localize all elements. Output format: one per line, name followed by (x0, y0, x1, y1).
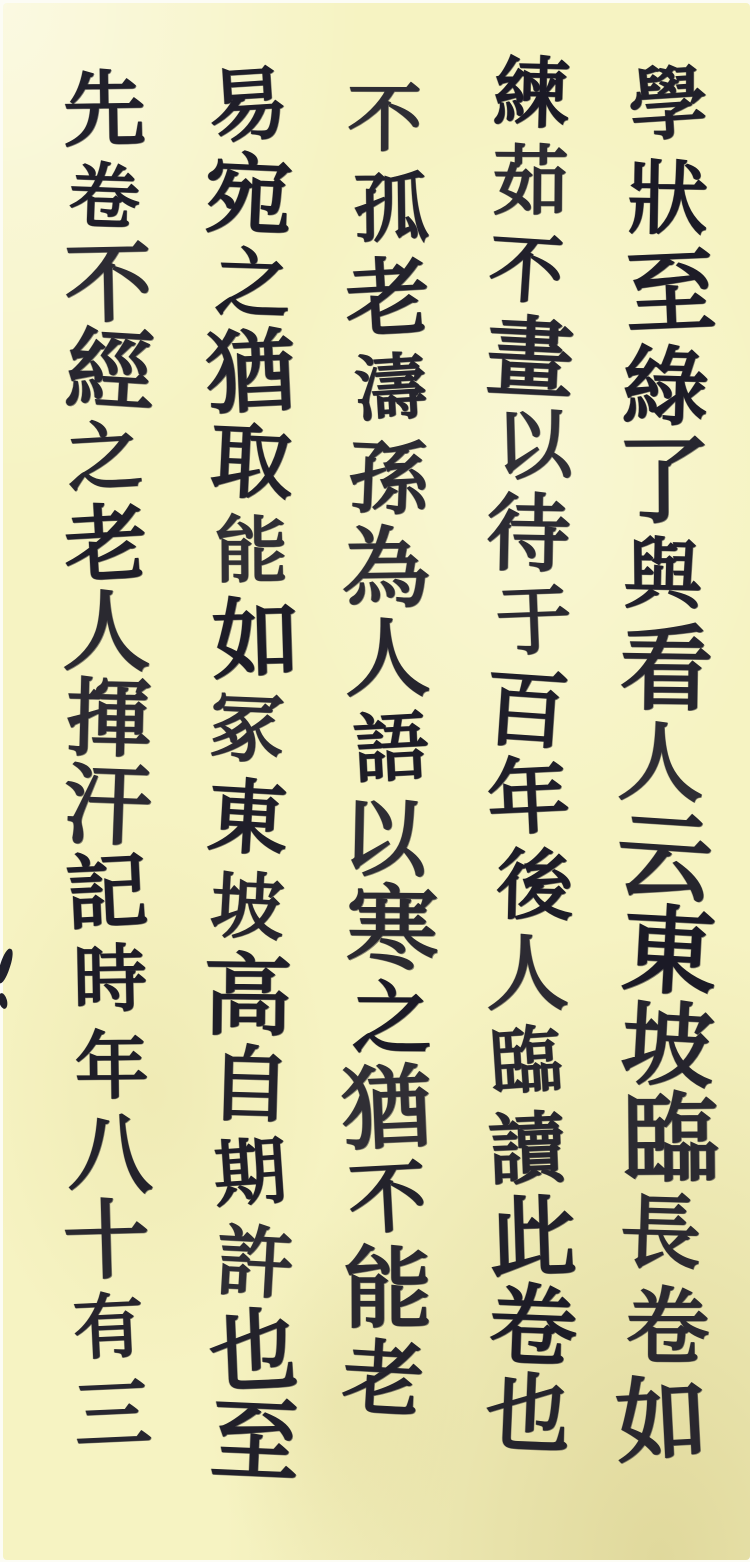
calligraphy-char: 之 (346, 976, 426, 1056)
calligraphy-char: 高 (196, 948, 286, 1038)
calligraphy-char: 濤 (347, 348, 423, 424)
calligraphy-column: 易宛之猶取能如冢東坡高自期許也至 (171, 63, 291, 1487)
calligraphy-char: 許 (208, 1219, 290, 1301)
calligraphy-char: 寒 (339, 880, 432, 973)
calligraphy-char: 坡 (203, 866, 280, 943)
calligraphy-char: 臨 (482, 1021, 559, 1098)
calligraphy-char: 後 (489, 844, 568, 923)
calligraphy-char: 十 (55, 1194, 144, 1283)
calligraphy-char: 八 (61, 1107, 150, 1196)
calligraphy-char: 自 (201, 1040, 286, 1125)
calligraphy-char: 冢 (202, 687, 279, 764)
calligraphy-char: 云 (605, 803, 706, 904)
calligraphy-char: 孫 (341, 435, 424, 518)
calligraphy-char: 不 (340, 1155, 422, 1237)
calligraphy-char: 也 (477, 1367, 565, 1455)
calligraphy-char: 老 (334, 1333, 420, 1419)
calligraphy-char: 如 (204, 592, 295, 683)
calligraphy-char: 經 (56, 321, 150, 415)
calligraphy-char: 有 (66, 1288, 140, 1362)
calligraphy-char: 孤 (347, 168, 423, 244)
calligraphy-char: 時 (67, 940, 142, 1015)
calligraphy-char: 人 (338, 613, 424, 699)
calligraphy-char: 綠 (613, 340, 701, 428)
calligraphy-char: 此 (481, 1190, 571, 1280)
scanned-page: 學狀至綠了與看人云東坡臨長卷如練茹不畫以待于百年後人臨讀此卷也不孤老濤孫為人語以… (0, 0, 750, 1562)
calligraphy-char: 于 (488, 580, 566, 658)
calligraphy-char: 之 (58, 415, 137, 494)
calligraphy-char: 與 (616, 532, 695, 611)
ink-fragment (0, 947, 15, 984)
calligraphy-char: 東 (199, 772, 284, 857)
calligraphy-char: 宛 (196, 146, 288, 238)
calligraphy-char: 狀 (620, 155, 701, 236)
calligraphy-char: 茹 (486, 141, 563, 218)
calligraphy-char: 老 (55, 498, 143, 586)
calligraphy-char: 揮 (58, 673, 145, 760)
calligraphy-column: 先卷不經之老人揮汗記時年八十有三 (29, 67, 149, 1459)
calligraphy-char: 之 (208, 242, 286, 320)
calligraphy-char: 了 (607, 430, 703, 526)
calligraphy-char: 人 (55, 584, 144, 673)
calligraphy-char: 不 (57, 236, 146, 325)
calligraphy-char: 東 (610, 898, 710, 998)
calligraphy-char: 猶 (332, 1059, 426, 1153)
calligraphy-column: 學狀至綠了與看人云東坡臨長卷如 (589, 59, 709, 1469)
calligraphy-char: 臨 (613, 1087, 710, 1184)
calligraphy-char: 能 (336, 1242, 425, 1331)
calligraphy-char: 如 (605, 1370, 702, 1467)
calligraphy-char: 易 (199, 61, 284, 146)
calligraphy-column: 不孤老濤孫為人語以寒之猶不能老 (309, 75, 429, 1425)
calligraphy-char: 看 (611, 619, 705, 713)
calligraphy-char: 也 (200, 1303, 292, 1395)
calligraphy-char: 不 (341, 79, 416, 154)
calligraphy-char: 至 (615, 243, 709, 337)
calligraphy-char: 汗 (55, 758, 145, 848)
calligraphy-char: 為 (334, 521, 423, 610)
calligraphy-paper: 學狀至綠了與看人云東坡臨長卷如練茹不畫以待于百年後人臨讀此卷也不孤老濤孫為人語以… (3, 3, 750, 1560)
calligraphy-char: 待 (479, 488, 565, 574)
calligraphy-char: 畫 (478, 309, 569, 400)
calligraphy-char: 記 (57, 847, 143, 933)
calligraphy-char: 卷 (62, 157, 136, 231)
calligraphy-char: 能 (209, 511, 282, 584)
calligraphy-char: 期 (205, 1132, 283, 1210)
calligraphy-char: 三 (66, 1372, 146, 1452)
calligraphy-char: 不 (481, 227, 560, 306)
calligraphy-char: 年 (68, 1027, 142, 1101)
calligraphy-char: 讀 (480, 1107, 561, 1188)
calligraphy-char: 至 (201, 1392, 294, 1485)
calligraphy-char: 猶 (196, 323, 290, 417)
calligraphy-char: 百 (475, 662, 565, 752)
calligraphy-char: 人 (479, 929, 562, 1012)
ink-fragment (0, 992, 9, 1009)
calligraphy-char: 先 (56, 65, 140, 149)
calligraphy-char: 人 (609, 716, 698, 805)
calligraphy-char: 取 (202, 416, 288, 502)
calligraphy-char: 卷 (618, 1282, 702, 1366)
calligraphy-char: 年 (479, 752, 565, 838)
calligraphy-char: 學 (619, 60, 703, 144)
calligraphy-char: 老 (336, 251, 425, 340)
calligraphy-char: 以 (334, 793, 420, 879)
calligraphy-char: 坡 (611, 993, 708, 1090)
calligraphy-char: 長 (612, 1188, 695, 1271)
calligraphy-char: 以 (488, 404, 566, 482)
calligraphy-column: 練茹不畫以待于百年後人臨讀此卷也 (451, 51, 571, 1459)
calligraphy-char: 語 (345, 706, 424, 785)
calligraphy-char: 練 (486, 52, 565, 131)
calligraphy-char: 卷 (480, 1277, 571, 1368)
